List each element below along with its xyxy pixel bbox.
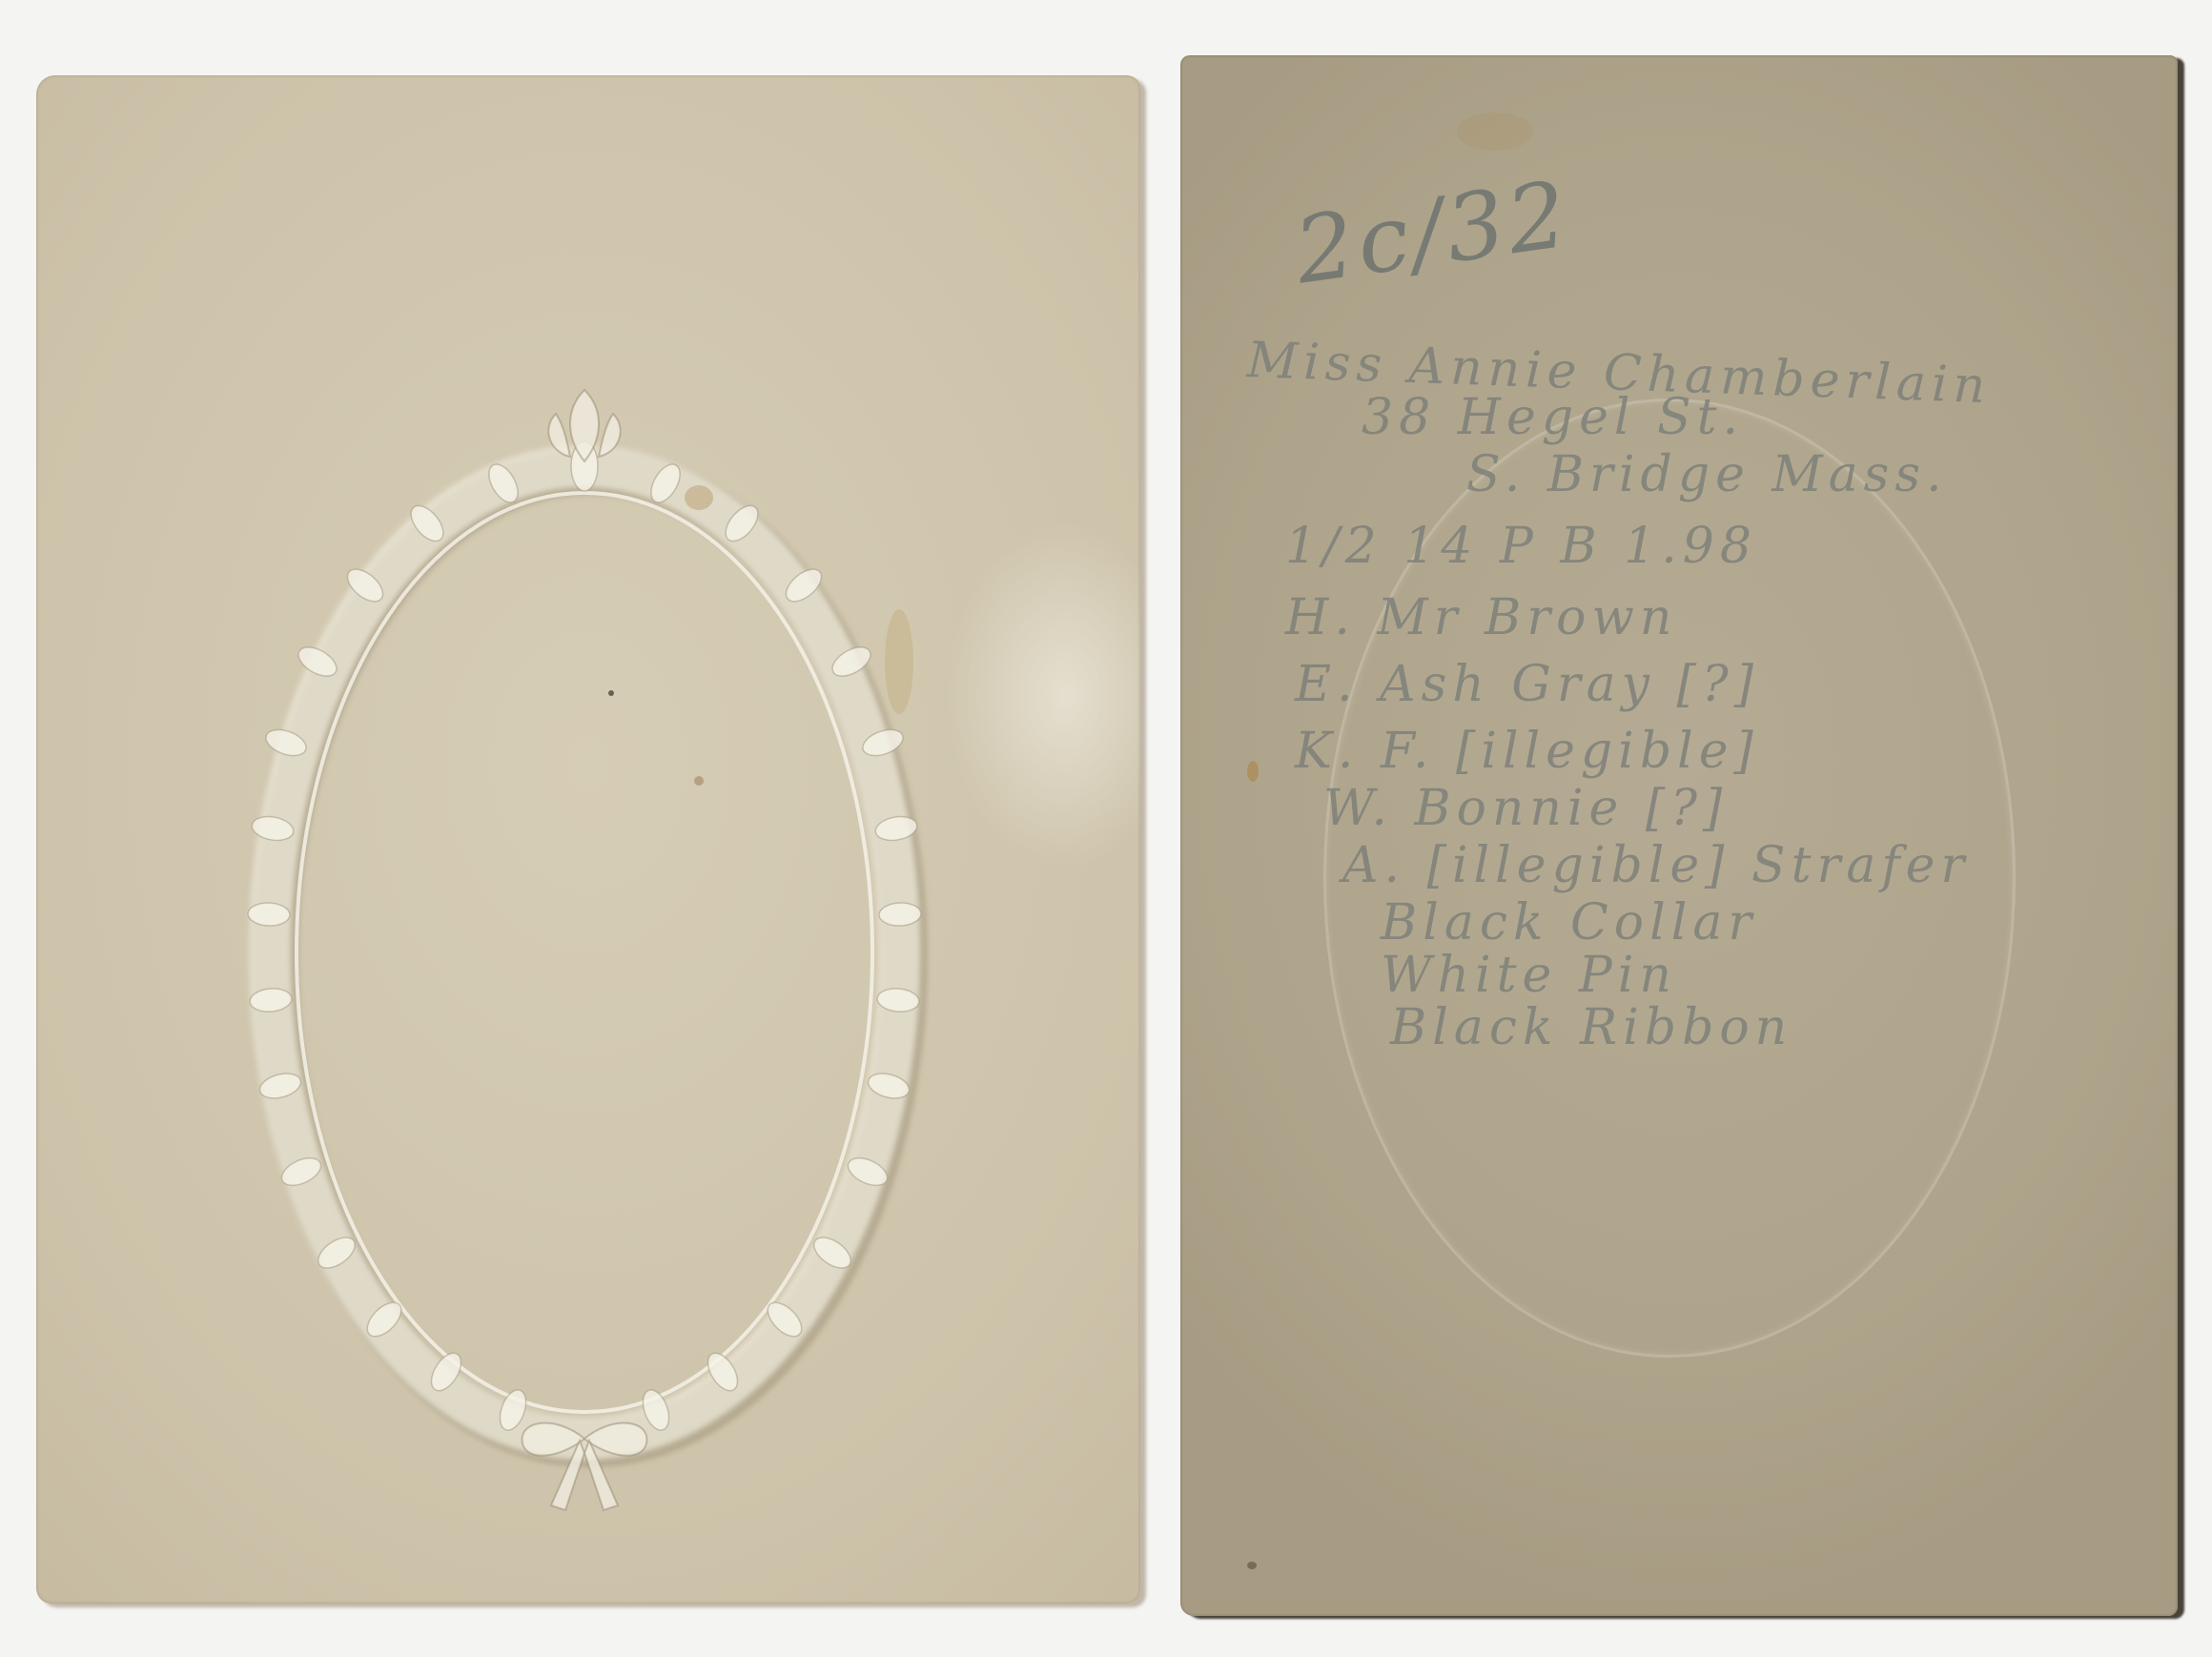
pencil-inscription: 2c/32 Miss Annie Chamberlain 38 Hegel St… [1180, 55, 2178, 1616]
inscription-line: E. Ash Gray [?] [1295, 656, 1759, 713]
inscription-line: 1/2 14 P B 1.98 [1285, 518, 1757, 575]
age-stain [685, 485, 713, 510]
inscription-line: White Pin [1381, 947, 1677, 1004]
card-back: 2c/32 Miss Annie Chamberlain 38 Hegel St… [1180, 55, 2178, 1616]
inscription-line: S. Bridge Mass. [1466, 446, 1948, 503]
age-stain [608, 690, 614, 696]
inscription-line: Black Ribbon [1390, 999, 1792, 1056]
inscription-line: Black Collar [1381, 894, 1757, 951]
inscription-line: K. F. [illegible] [1295, 723, 1759, 780]
inscription-line: A. [illegible] Strafer [1342, 837, 1970, 894]
scanned-document: 2c/32 Miss Annie Chamberlain 38 Hegel St… [0, 0, 2212, 1657]
age-stain [885, 609, 913, 714]
price-notation: 2c/32 [1289, 160, 1577, 304]
finial-ornament [548, 390, 620, 461]
age-stain [694, 776, 704, 786]
embossed-oval-wreath-icon [36, 75, 1140, 1604]
inscription-line: H. Mr Brown [1285, 589, 1677, 646]
inscription-line: W. Bonnie [?] [1323, 780, 1728, 837]
inscription-line: 38 Hegel St. [1362, 389, 1744, 446]
card-front [36, 75, 1140, 1604]
